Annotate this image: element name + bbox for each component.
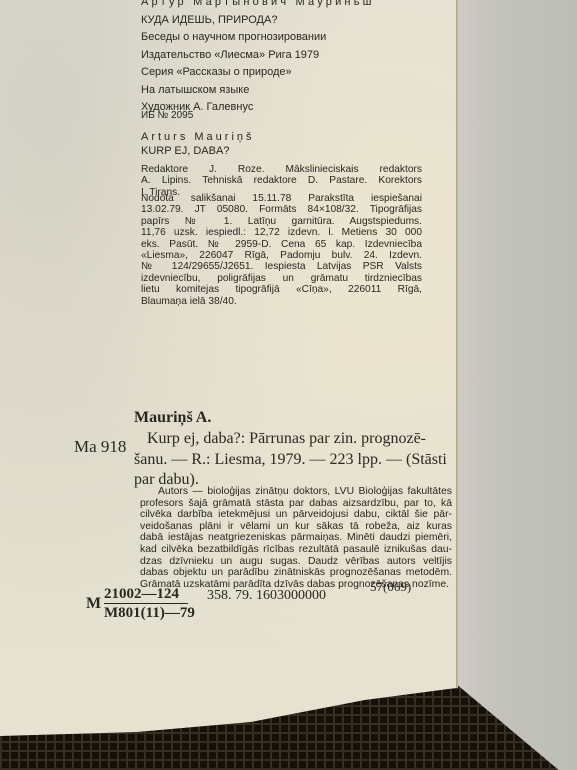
ru-publisher: Издательство «Лиесма» Рига 1979 (141, 47, 375, 65)
russian-imprint: Артур Мартынович Мауриньш КУДА ИДЕШЬ, ПР… (141, 0, 375, 117)
printing-line: «Liesma», 226047 Rīgā, Padomju bulv. 24.… (141, 250, 422, 261)
fraction-numerator: 21002—124 (104, 586, 188, 604)
ru-author: Артур Мартынович Мауриньш (141, 0, 375, 12)
annotation-line: profesors šajā grāmatā stāsta par dabas … (140, 498, 452, 510)
printing-line: papīrs № 1. Latīņu garnitūra. Augstspied… (141, 216, 422, 227)
printing-line: lietu komitejas tipogrāfijā «Cīņa», 2260… (141, 284, 422, 295)
ru-subtitle: Беседы о научном прогнозировании (141, 29, 375, 47)
annotation-line: dzas dzīvnieku un augu sugas. Daudz vērī… (140, 556, 452, 568)
facing-page (455, 0, 577, 770)
description-line: Kurp ej, daba?: Pārrunas par zin. progno… (134, 429, 454, 450)
annotation-line: kad cilvēka bezatbildīgās rīcības rezult… (140, 544, 452, 556)
catalog-annotation: Autors — bioloģijas zinātņu doktors, LVU… (140, 486, 452, 590)
annotation-line: dabas objektu un parādību zinātniskās pr… (140, 567, 452, 579)
printing-line: Nodota salikšanai 15.11.78 Parakstīta ie… (141, 193, 422, 204)
printing-line: № 124/29655/J2651. Iespiesta Latvijas PS… (141, 261, 422, 272)
printing-line: 13.02.79. JT 05080. Formāts 84×108/32. T… (141, 204, 422, 215)
catalog-description: Kurp ej, daba?: Pārrunas par zin. progno… (134, 429, 454, 491)
printing-line: izdevniecību, poligrāfijas un grāmatu ti… (141, 273, 422, 284)
annotation-line: Autors — bioloģijas zinātņu doktors, LVU… (140, 486, 452, 498)
classification-number: 358. 79. 1603000000 (207, 588, 326, 604)
lv-author: Arturs Mauriņš (141, 131, 255, 143)
ru-title: КУДА ИДЕШЬ, ПРИРОДА? (141, 12, 375, 30)
ib-number: ИБ № 2095 (141, 110, 193, 121)
annotation-line: veidošanas plāni ir vēlami un kur sākas … (140, 521, 452, 533)
credits-line: Redaktore J. Roze. Mākslinieciskais reda… (141, 164, 422, 175)
printing-line: eks. Pasūt. № 2959-D. Cena 65 kap. Izdev… (141, 239, 422, 250)
printing-line: 11,76 uzsk. iespiedl.: 12,72 izdevn. l. … (141, 227, 422, 238)
credits-line: A. Lipins. Tehniskā redaktore D. Pastare… (141, 175, 422, 186)
annotation-line: dabā iestājas neatgriezeniskas pārmaiņas… (140, 532, 452, 544)
catalog-code: Ma 918 (74, 437, 126, 457)
catalog-author: Mauriņš A. (134, 409, 211, 427)
lv-title: KURP EJ, DABA? (141, 145, 229, 157)
fraction-prefix: M (86, 595, 101, 613)
printing-line: Blaumaņa ielā 38/40. (141, 296, 422, 307)
description-line: šanu. — R.: Liesma, 1979. — 223 lpp. — (… (134, 450, 454, 471)
fraction-denominator: M801(11)—79 (104, 605, 195, 622)
udc-code: 57(069) (370, 579, 411, 595)
book-page: Артур Мартынович Мауриньш КУДА ИДЕШЬ, ПР… (0, 0, 456, 770)
annotation-line: cilvēka darbība ietekmējusi un pārveidoj… (140, 509, 452, 521)
printing-details: Nodota salikšanai 15.11.78 Parakstīta ie… (141, 193, 422, 307)
ru-language: На латышском языке (141, 82, 375, 100)
ru-series: Серия «Рассказы о природе» (141, 64, 375, 82)
